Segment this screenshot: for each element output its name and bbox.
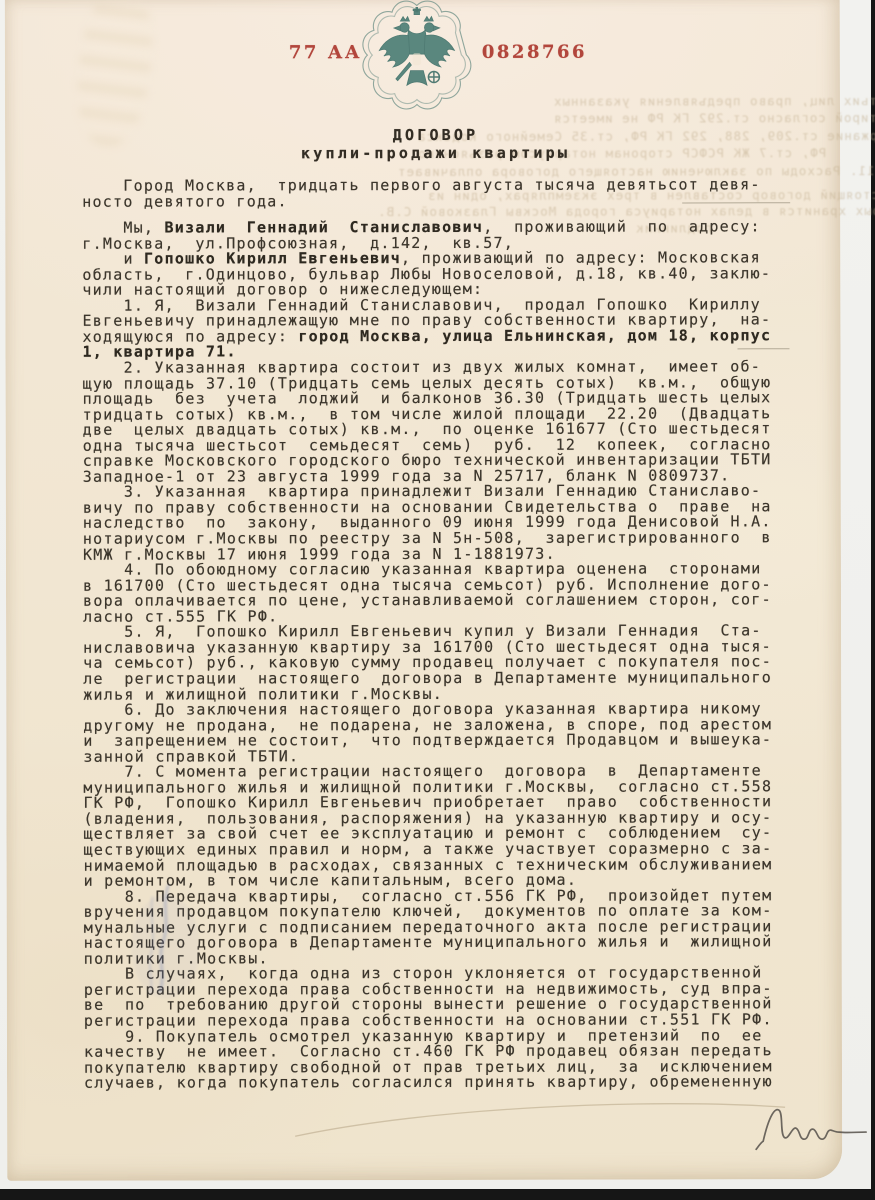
paper-sheet: дательных третьих лиц, право предъявлени… (5, 0, 842, 1181)
scanned-contract-page: { "page": { "background_color": "#161616… (0, 0, 875, 1200)
ink-stamp-mark (111, 876, 221, 1016)
document-line: случаев, когда покупатель согласился при… (84, 1074, 796, 1091)
document-subtitle: купли-продажи квартиры (82, 144, 789, 163)
pencil-underline-2 (737, 348, 789, 349)
handwritten-signature (753, 1101, 871, 1159)
document-title: ДОГОВОР (82, 126, 789, 145)
bleedthrough-line: квартирой согласно ст.292 ГК РФ не имеет… (553, 110, 875, 126)
document-line: носто девятого года. (82, 193, 794, 210)
double-headed-eagle-icon (362, 0, 472, 110)
document-title-block: ДОГОВОР купли-продажи квартиры (82, 126, 789, 162)
blank-series-text: 77 АА (289, 42, 362, 63)
blank-number-text: 0828766 (482, 42, 587, 63)
bleedthrough-line: дательных третьих лиц, право предъявлени… (553, 93, 875, 109)
